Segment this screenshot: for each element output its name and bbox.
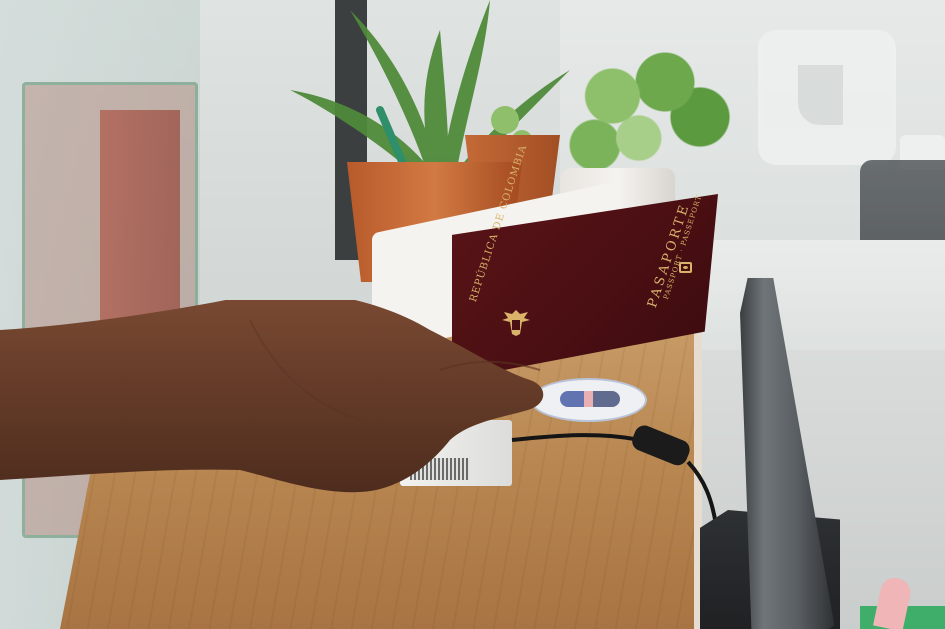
hand-and-arm: [0, 300, 560, 520]
biometric-chip-icon: [679, 262, 692, 273]
photo-scene: REPÚBLICA DE COLOMBIA PASAPORTE PASSPORT…: [0, 0, 945, 629]
